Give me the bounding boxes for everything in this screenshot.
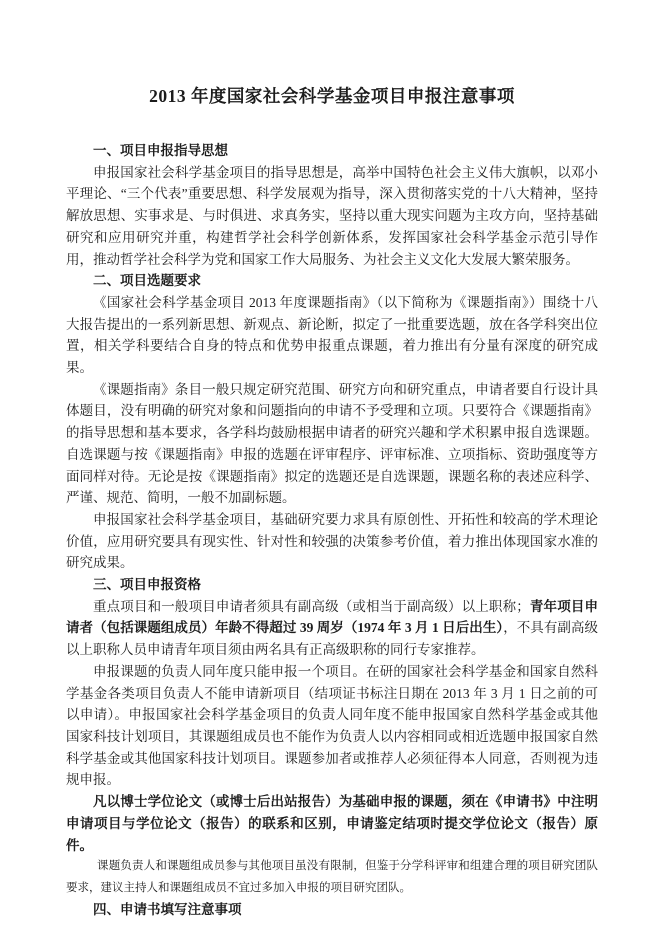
section-heading-1: 一、项目申报指导思想	[66, 140, 598, 162]
text-run: 课题负责人和课题组成员参与其他项目虽没有限制，但鉴于分学科评审和组建合理的项目研…	[66, 860, 598, 893]
paragraph: 《国家社会科学基金项目 2013 年度课题指南》（以下简称为《课题指南》）围绕十…	[66, 292, 598, 379]
text-run: 《课题指南》条目一般只规定研究范围、研究方向和研究重点，申请者要自行设计具体题目…	[66, 382, 598, 506]
paragraph-small: 课题负责人和课题组成员参与其他项目虽没有限制，但鉴于分学科评审和组建合理的项目研…	[66, 856, 598, 899]
section-heading-4: 四、申请书填写注意事项	[66, 899, 598, 921]
text-run: 重点项目和一般项目申请者须具有副高级（或相当于副高级）以上职称；	[93, 599, 530, 614]
document-content: 2013 年度国家社会科学基金项目申报注意事项 一、项目申报指导思想 申报国家社…	[0, 0, 662, 921]
document-page: 2013 年度国家社会科学基金项目申报注意事项 一、项目申报指导思想 申报国家社…	[0, 0, 662, 936]
document-title: 2013 年度国家社会科学基金项目申报注意事项	[66, 84, 598, 108]
text-run: 申报国家社会科学基金项目，基础研究要力求具有原创性、开拓性和较高的学术理论价值，…	[66, 512, 598, 570]
paragraph: 申报国家社会科学基金项目，基础研究要力求具有原创性、开拓性和较高的学术理论价值，…	[66, 509, 598, 574]
section-heading-2: 二、项目选题要求	[66, 270, 598, 292]
text-run: 申报国家社会科学基金项目的指导思想是，高举中国特色社会主义伟大旗帜，以邓小平理论…	[66, 165, 598, 267]
text-run-bold: 凡以博士学位论文（或博士后出站报告）为基础申报的课题，须在《申请书》中注明申请项…	[66, 794, 598, 852]
section-heading-3: 三、项目申报资格	[66, 574, 598, 596]
text-run: 《国家社会科学基金项目 2013 年度课题指南》（以下简称为《课题指南》）围绕十…	[66, 295, 598, 375]
paragraph: 《课题指南》条目一般只规定研究范围、研究方向和研究重点，申请者要自行设计具体题目…	[66, 379, 598, 509]
document-body: 一、项目申报指导思想 申报国家社会科学基金项目的指导思想是，高举中国特色社会主义…	[66, 140, 598, 921]
text-run: 申报课题的负责人同年度只能申报一个项目。在研的国家社会科学基金和国家自然科学基金…	[66, 664, 598, 788]
paragraph: 申报国家社会科学基金项目的指导思想是，高举中国特色社会主义伟大旗帜，以邓小平理论…	[66, 162, 598, 271]
paragraph-bold: 凡以博士学位论文（或博士后出站报告）为基础申报的课题，须在《申请书》中注明申请项…	[66, 791, 598, 856]
paragraph: 申报课题的负责人同年度只能申报一个项目。在研的国家社会科学基金和国家自然科学基金…	[66, 661, 598, 791]
paragraph: 重点项目和一般项目申请者须具有副高级（或相当于副高级）以上职称；青年项目申请者（…	[66, 596, 598, 661]
